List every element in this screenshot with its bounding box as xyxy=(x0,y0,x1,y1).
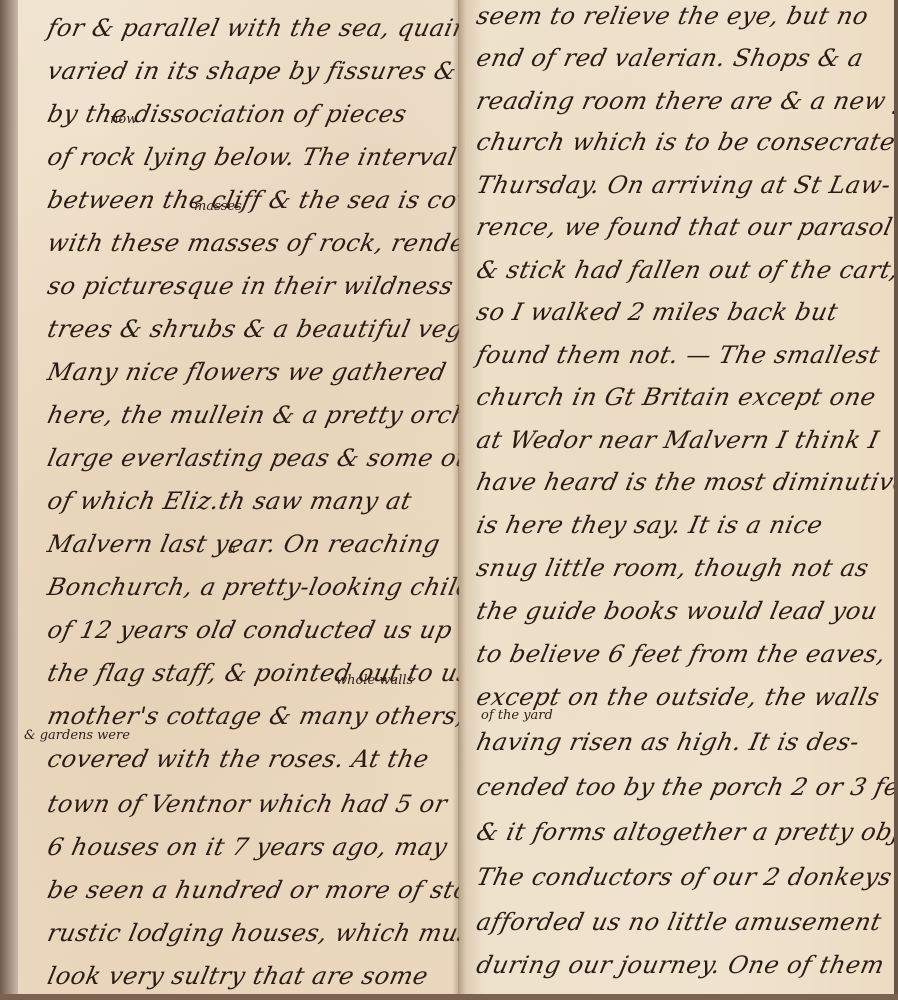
handwritten-line: afforded us no little amusement xyxy=(474,908,884,936)
interlinear-note: masses xyxy=(194,199,242,214)
handwritten-line: have heard is the most diminutive xyxy=(474,468,898,496)
handwritten-line: The conductors of our 2 donkeys had xyxy=(474,863,898,891)
right-page: seem to relieve the eye, but no end of r… xyxy=(459,0,895,995)
handwritten-line: so picturesque in their wildness by xyxy=(45,272,494,300)
handwritten-line: cended too by the porch 2 or 3 feet, xyxy=(474,773,898,801)
handwritten-line: at Wedor near Malvern I think I xyxy=(474,426,882,454)
handwritten-line: mother's cottage & many others, xyxy=(45,702,468,730)
page-gutter xyxy=(452,0,466,1000)
handwritten-line: be seen a hundred or more of stone xyxy=(45,876,502,904)
interlinear-note: whole walls xyxy=(336,673,413,688)
handwritten-line: of 12 years old conducted us up to xyxy=(45,616,488,644)
handwritten-line: church in Gt Britain except one xyxy=(474,383,879,411)
handwritten-line: snug little room, though not as xyxy=(474,554,871,582)
handwritten-line: varied in its shape by fissures & xyxy=(45,57,459,85)
handwritten-line: reading room there are & a new gothic xyxy=(474,87,898,115)
page-edge xyxy=(894,0,898,1000)
handwritten-line: except on the outside, the walls xyxy=(474,683,882,711)
handwritten-line: found them not. — The smallest xyxy=(474,341,883,369)
handwritten-line: covered with the roses. At the xyxy=(45,745,432,773)
book-binding xyxy=(0,0,18,1000)
handwritten-line: here, the mullein & a pretty orchis, xyxy=(45,401,500,429)
interlinear-note: a xyxy=(228,542,236,557)
handwritten-line: church which is to be consecrated on xyxy=(474,128,898,156)
handwritten-line: having risen as high. It is des- xyxy=(474,728,862,756)
interlinear-note: of the yard xyxy=(481,708,553,723)
handwritten-line: of which Eliz.th saw many at xyxy=(45,487,414,515)
handwritten-line: & stick had fallen out of the cart; xyxy=(474,256,898,284)
handwritten-line: & it forms altogether a pretty object. xyxy=(474,818,898,846)
handwritten-line: the guide books would lead you xyxy=(474,597,880,625)
handwritten-line: 6 houses on it 7 years ago, may xyxy=(45,833,450,861)
handwritten-line: Malvern last year. On reaching xyxy=(45,530,443,558)
handwritten-line: town of Ventnor which had 5 or xyxy=(45,790,450,818)
handwritten-line: rence, we found that our parasol xyxy=(474,213,895,241)
handwritten-line: rustic lodging houses, which must xyxy=(45,919,484,947)
journal-spread: for & parallel with the sea, quaintly va… xyxy=(0,0,898,1000)
page-bottom-edge xyxy=(0,994,898,1000)
handwritten-line: with these masses of rock, rendered xyxy=(45,229,511,257)
handwritten-line: seem to relieve the eye, but no xyxy=(474,2,871,30)
handwritten-line: of rock lying below. The interval xyxy=(45,143,459,171)
handwritten-line: during our journey. One of them xyxy=(474,951,887,979)
handwritten-line: by the dissociation of pieces xyxy=(45,100,410,128)
handwritten-line: end of red valerian. Shops & a xyxy=(474,44,866,72)
handwritten-line: Bonchurch, a pretty-looking child xyxy=(45,573,476,601)
handwritten-line: to believe 6 feet from the eaves, xyxy=(474,640,888,668)
interlinear-note: now xyxy=(110,112,137,127)
handwritten-line: look very sultry that are some xyxy=(45,962,431,990)
handwritten-line: so I walked 2 miles back but xyxy=(474,298,841,326)
handwritten-line: Thursday. On arriving at St Law- xyxy=(474,171,894,199)
handwritten-line: Many nice flowers we gathered xyxy=(45,358,449,386)
handwritten-line: for & parallel with the sea, quaintly xyxy=(45,14,504,42)
handwritten-line: is here they say. It is a nice xyxy=(474,511,825,539)
left-page: for & parallel with the sea, quaintly va… xyxy=(18,0,459,995)
interlinear-note: & gardens were xyxy=(24,728,130,743)
